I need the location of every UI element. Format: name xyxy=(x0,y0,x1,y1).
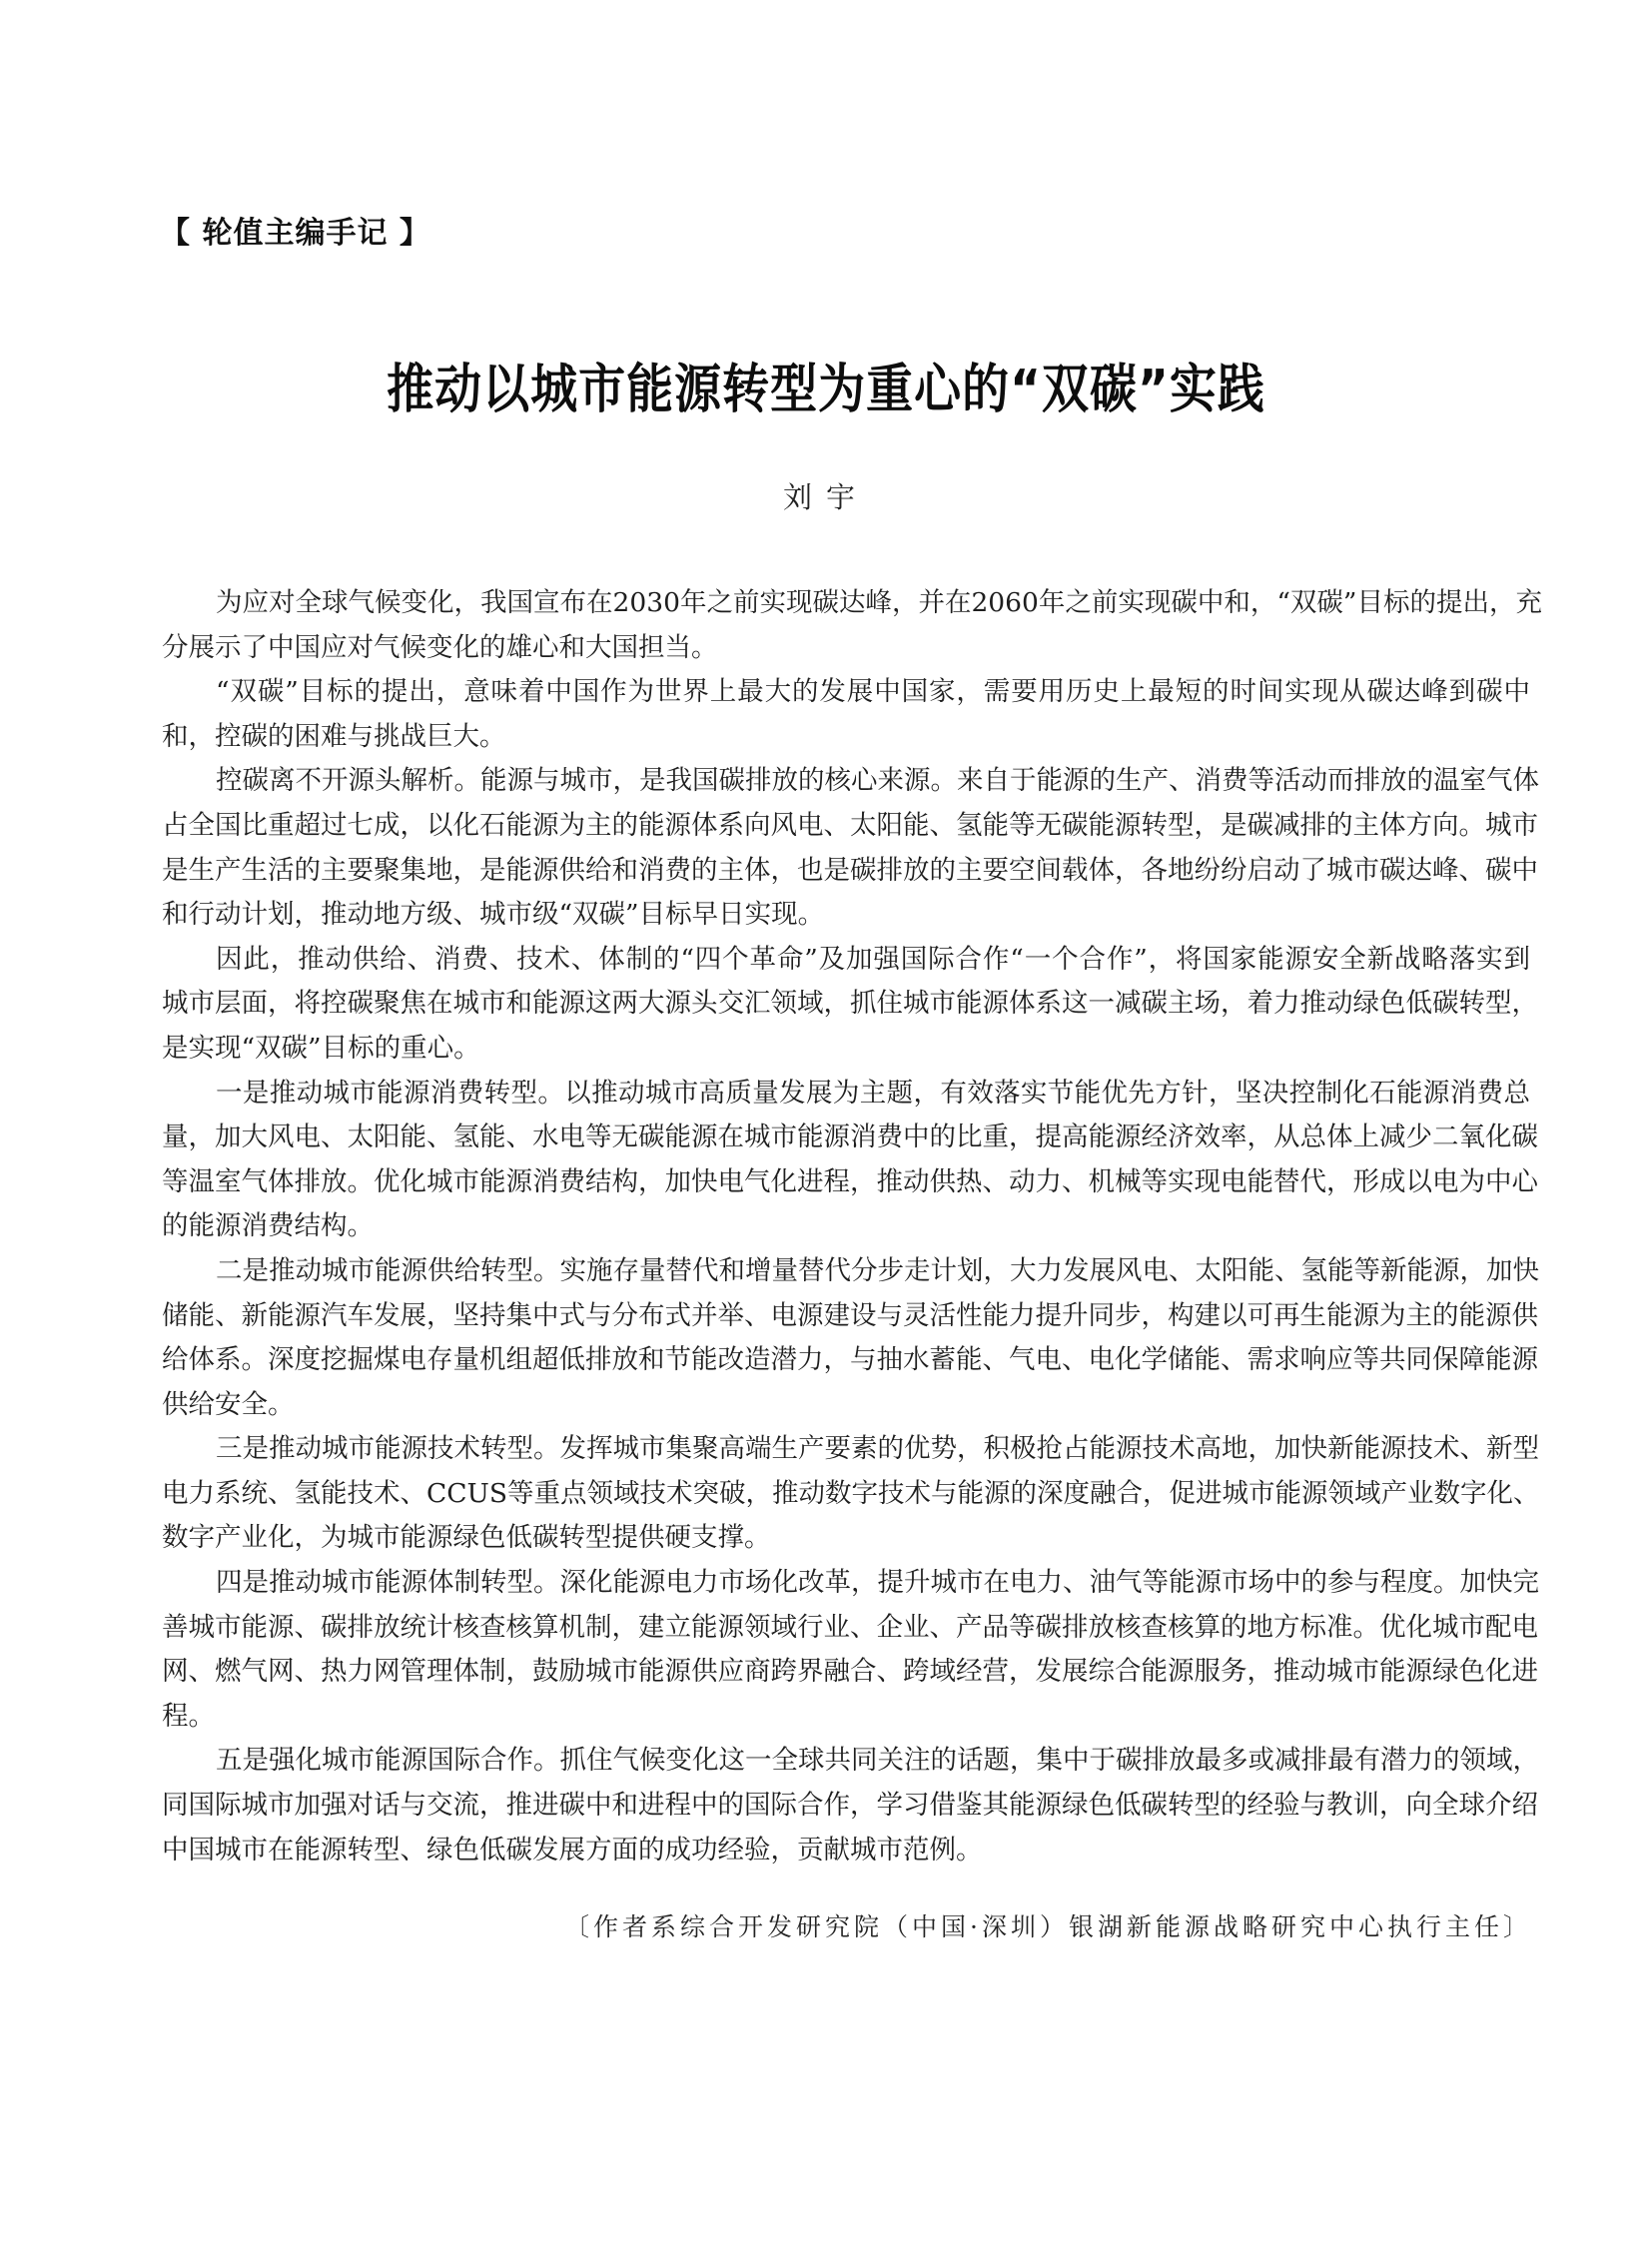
text-line: 四是推动城市能源体制转型。深化能源电力市场化改革，提升城市在电力、油气等能源市场… xyxy=(162,1561,1530,1606)
paragraph: 三是推动城市能源技术转型。发挥城市集聚高端生产要素的优势，积极抢占能源技术高地，… xyxy=(162,1427,1530,1561)
text-line: 五是强化城市能源国际合作。抓住气候变化这一全球共同关注的话题，集中于碳排放最多或… xyxy=(162,1739,1530,1784)
text-line: 量，加大风电、太阳能、氢能、水电等无碳能源在城市能源消费中的比重，提高能源经济效… xyxy=(162,1116,1530,1160)
text-line: 同国际城市加强对话与交流，推进碳中和进程中的国际合作，学习借鉴其能源绿色低碳转型… xyxy=(162,1784,1530,1829)
article-body: 为应对全球气候变化，我国宣布在2030年之前实现碳达峰，并在2060年之前实现碳… xyxy=(162,581,1530,1872)
text-line: 是实现“双碳”目标的重心。 xyxy=(162,1027,1530,1072)
paragraph: 二是推动城市能源供给转型。实施存量替代和增量替代分步走计划，大力发展风电、太阳能… xyxy=(162,1249,1530,1427)
paragraph: 因此，推动供给、消费、技术、体制的“四个革命”及加强国际合作“一个合作”，将国家… xyxy=(162,938,1530,1072)
text-line: 城市层面，将控碳聚焦在城市和能源这两大源头交汇领域，抓住城市能源体系这一减碳主场… xyxy=(162,982,1530,1027)
text-line: 和，控碳的困难与挑战巨大。 xyxy=(162,715,1530,760)
text-line: 数字产业化，为城市能源绿色低碳转型提供硬支撑。 xyxy=(162,1516,1530,1561)
text-line: 供给安全。 xyxy=(162,1383,1530,1428)
section-tag: 【 轮值主编手记 】 xyxy=(160,208,430,252)
text-line: 分展示了中国应对气候变化的雄心和大国担当。 xyxy=(162,626,1530,671)
text-line: 电力系统、氢能技术、CCUS等重点领域技术突破，推动数字技术与能源的深度融合，促… xyxy=(162,1472,1530,1517)
paragraph: 为应对全球气候变化，我国宣布在2030年之前实现碳达峰，并在2060年之前实现碳… xyxy=(162,581,1530,670)
text-line: 一是推动城市能源消费转型。以推动城市高质量发展为主题，有效落实节能优先方针，坚决… xyxy=(162,1072,1530,1117)
text-line: 二是推动城市能源供给转型。实施存量替代和增量替代分步走计划，大力发展风电、太阳能… xyxy=(162,1249,1530,1294)
paragraph: 一是推动城市能源消费转型。以推动城市高质量发展为主题，有效落实节能优先方针，坚决… xyxy=(162,1072,1530,1249)
text-line: 等温室气体排放。优化城市能源消费结构，加快电气化进程，推动供热、动力、机械等实现… xyxy=(162,1160,1530,1205)
text-line: 占全国比重超过七成，以化石能源为主的能源体系向风电、太阳能、氢能等无碳能源转型，… xyxy=(162,804,1530,849)
article-author: 刘宇 xyxy=(0,475,1652,516)
text-line: 三是推动城市能源技术转型。发挥城市集聚高端生产要素的优势，积极抢占能源技术高地，… xyxy=(162,1427,1530,1472)
text-line: 的能源消费结构。 xyxy=(162,1204,1530,1249)
text-line: 和行动计划，推动地方级、城市级“双碳”目标早日实现。 xyxy=(162,893,1530,938)
author-affiliation-note: 〔作者系综合开发研究院（中国·深圳）银湖新能源战略研究中心执行主任〕 xyxy=(564,1907,1532,1943)
paragraph: 控碳离不开源头解析。能源与城市，是我国碳排放的核心来源。来自于能源的生产、消费等… xyxy=(162,759,1530,937)
text-line: 为应对全球气候变化，我国宣布在2030年之前实现碳达峰，并在2060年之前实现碳… xyxy=(162,581,1530,626)
text-line: 善城市能源、碳排放统计核查核算机制，建立能源领域行业、企业、产品等碳排放核查核算… xyxy=(162,1606,1530,1651)
text-line: 是生产生活的主要聚集地，是能源供给和消费的主体，也是碳排放的主要空间载体，各地纷… xyxy=(162,849,1530,894)
text-line: 网、燃气网、热力网管理体制，鼓励城市能源供应商跨界融合、跨域经营，发展综合能源服… xyxy=(162,1650,1530,1695)
paragraph: 四是推动城市能源体制转型。深化能源电力市场化改革，提升城市在电力、油气等能源市场… xyxy=(162,1561,1530,1739)
text-line: 程。 xyxy=(162,1695,1530,1740)
text-line: 储能、新能源汽车发展，坚持集中式与分布式并举、电源建设与灵活性能力提升同步，构建… xyxy=(162,1294,1530,1339)
article-title: 推动以城市能源转型为重心的“双碳”实践 xyxy=(0,348,1652,422)
text-line: 因此，推动供给、消费、技术、体制的“四个革命”及加强国际合作“一个合作”，将国家… xyxy=(162,938,1530,983)
paragraph: “双碳”目标的提出，意味着中国作为世界上最大的发展中国家，需要用历史上最短的时间… xyxy=(162,670,1530,759)
text-line: 中国城市在能源转型、绿色低碳发展方面的成功经验，贡献城市范例。 xyxy=(162,1829,1530,1873)
text-line: “双碳”目标的提出，意味着中国作为世界上最大的发展中国家，需要用历史上最短的时间… xyxy=(162,670,1530,715)
paragraph: 五是强化城市能源国际合作。抓住气候变化这一全球共同关注的话题，集中于碳排放最多或… xyxy=(162,1739,1530,1872)
text-line: 控碳离不开源头解析。能源与城市，是我国碳排放的核心来源。来自于能源的生产、消费等… xyxy=(162,759,1530,804)
text-line: 给体系。深度挖掘煤电存量机组超低排放和节能改造潜力，与抽水蓄能、气电、电化学储能… xyxy=(162,1338,1530,1383)
